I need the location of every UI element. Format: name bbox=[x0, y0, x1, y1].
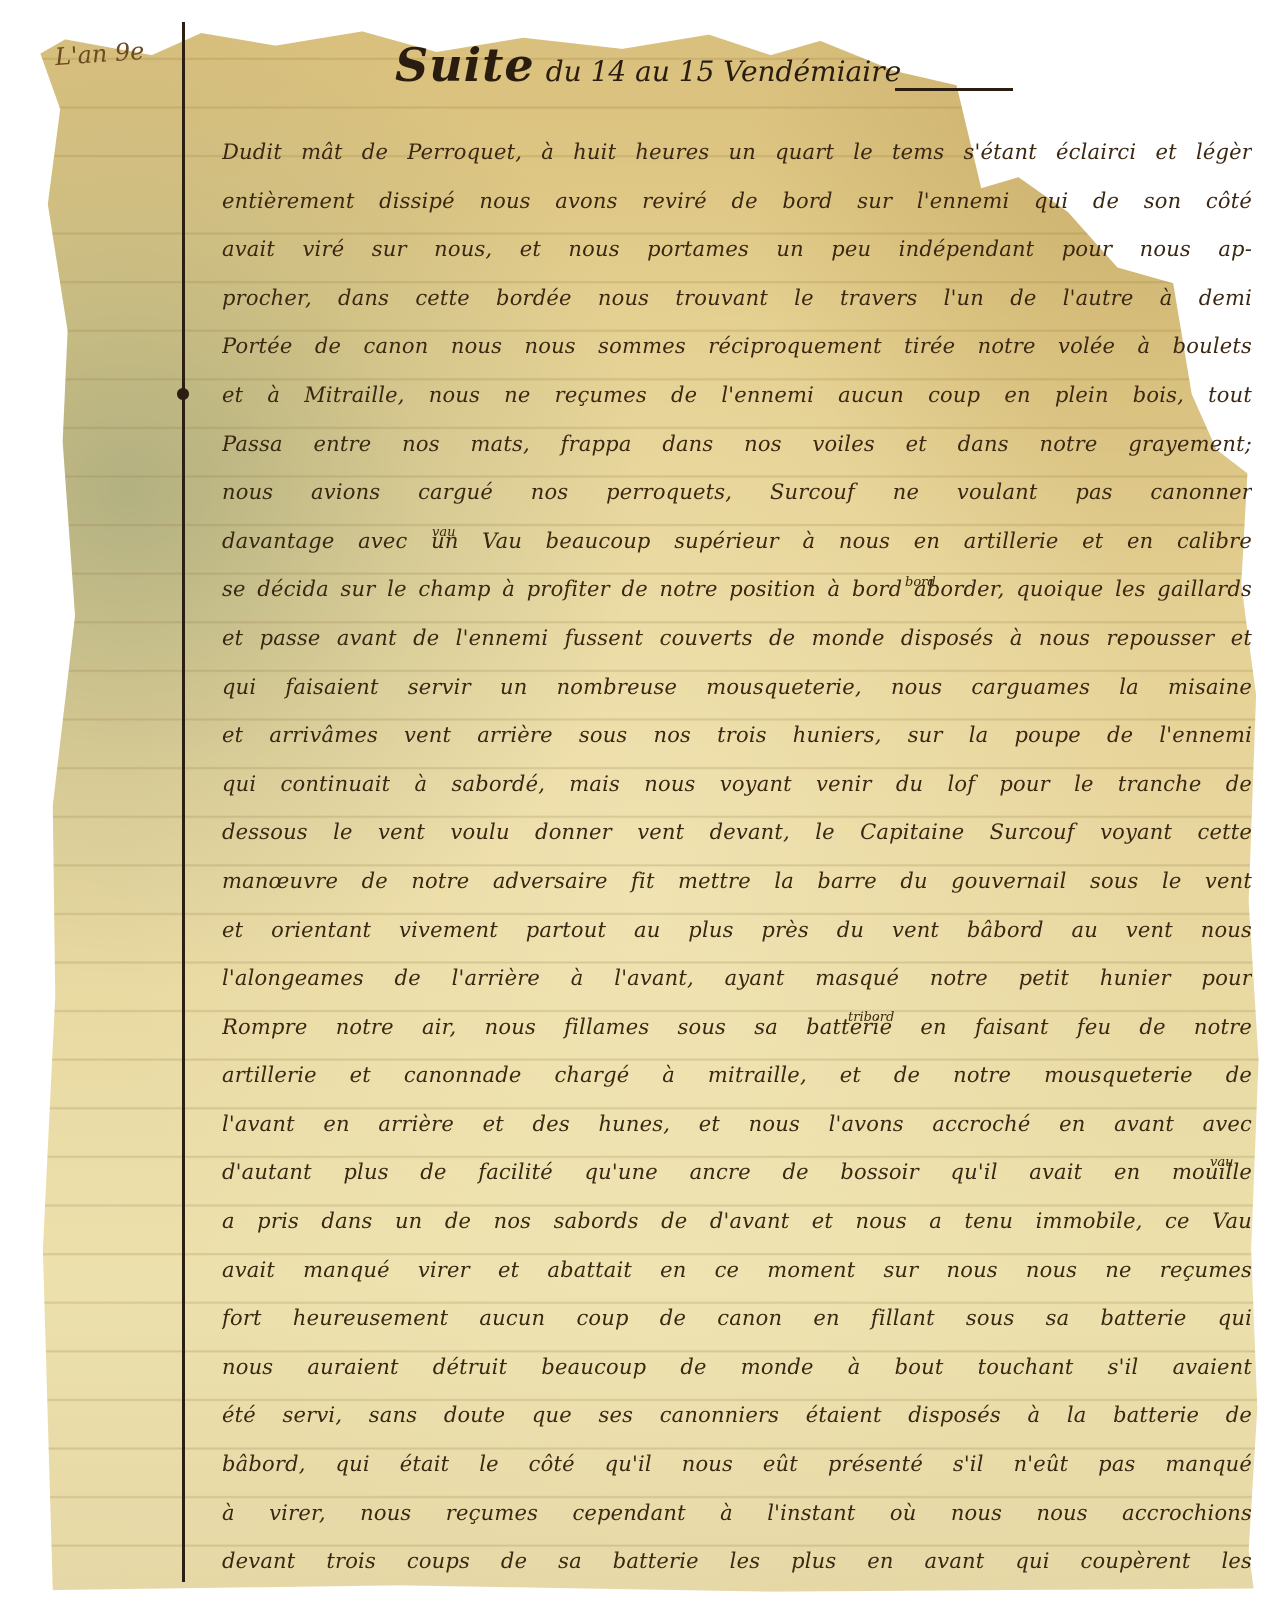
text-line: manœuvre de notre adversaire fit mettre … bbox=[222, 857, 1252, 906]
burn-mark bbox=[1088, 84, 1148, 134]
text-line: et orientant vivement partout au plus pr… bbox=[222, 906, 1252, 955]
text-line: devant trois coups de sa batterie les pl… bbox=[222, 1537, 1252, 1586]
text-line: a pris dans un de nos sabords de d'avant… bbox=[222, 1197, 1252, 1246]
text-line: procher, dans cette bordée nous trouvant… bbox=[222, 274, 1252, 323]
text-line: qui faisaient servir un nombreuse mousqu… bbox=[222, 663, 1252, 712]
text-line: bâbord, qui était le côté qu'il nous eût… bbox=[222, 1440, 1252, 1489]
text-line: et arrivâmes vent arrière sous nos trois… bbox=[222, 711, 1252, 760]
text-line: dessous le vent voulu donner vent devant… bbox=[222, 808, 1252, 857]
text-line: fort heureusement aucun coup de canon en… bbox=[222, 1294, 1252, 1343]
text-line: l'avant en arrière et des hunes, et nous… bbox=[222, 1100, 1252, 1149]
interlinear-note: vau bbox=[432, 525, 455, 540]
text-line: se décida sur le champ à profiter de not… bbox=[222, 565, 1252, 614]
text-line: Passa entre nos mats, frappa dans nos vo… bbox=[222, 420, 1252, 469]
interlinear-note: vau bbox=[1210, 1155, 1233, 1170]
text-line: et à Mitraille, nous ne reçumes de l'enn… bbox=[222, 371, 1252, 420]
manuscript-body: Dudit mât de Perroquet, à huit heures un… bbox=[222, 128, 1252, 1586]
text-line: été servi, sans doute que ses canonniers… bbox=[222, 1391, 1252, 1440]
text-line: artillerie et canonnade chargé à mitrail… bbox=[222, 1051, 1252, 1100]
text-line: Portée de canon nous nous sommes récipro… bbox=[222, 322, 1252, 371]
interlinear-note: tribord bbox=[848, 1010, 894, 1025]
title-main: Suite bbox=[395, 38, 535, 92]
interlinear-note: bord bbox=[905, 575, 936, 590]
text-line: à virer, nous reçumes cependant à l'inst… bbox=[222, 1489, 1252, 1538]
ink-blot bbox=[177, 388, 189, 400]
text-line: nous avions cargué nos perroquets, Surco… bbox=[222, 468, 1252, 517]
text-line: qui continuait à sabordé, mais nous voya… bbox=[222, 760, 1252, 809]
margin-rule-line bbox=[182, 22, 185, 1582]
text-line: avait viré sur nous, et nous portames un… bbox=[222, 225, 1252, 274]
burn-mark bbox=[958, 36, 1078, 76]
text-line: l'alongeames de l'arrière à l'avant, aya… bbox=[222, 954, 1252, 1003]
text-line: davantage avec un Vau beaucoup supérieur… bbox=[222, 517, 1252, 566]
text-line: avait manqué virer et abattait en ce mom… bbox=[222, 1246, 1252, 1295]
text-line: nous auraient détruit beaucoup de monde … bbox=[222, 1343, 1252, 1392]
text-line: Dudit mât de Perroquet, à huit heures un… bbox=[222, 128, 1252, 177]
text-line: Rompre notre air, nous fillames sous sa … bbox=[222, 1003, 1252, 1052]
title-flourish bbox=[895, 88, 1013, 91]
page-title: Suite du 14 au 15 Vendémiaire bbox=[395, 38, 901, 92]
text-line: et passe avant de l'ennemi fussent couve… bbox=[222, 614, 1252, 663]
title-date-range: du 14 au 15 Vendémiaire bbox=[546, 55, 901, 88]
text-line: d'autant plus de facilité qu'une ancre d… bbox=[222, 1148, 1252, 1197]
text-line: entièrement dissipé nous avons reviré de… bbox=[222, 177, 1252, 226]
